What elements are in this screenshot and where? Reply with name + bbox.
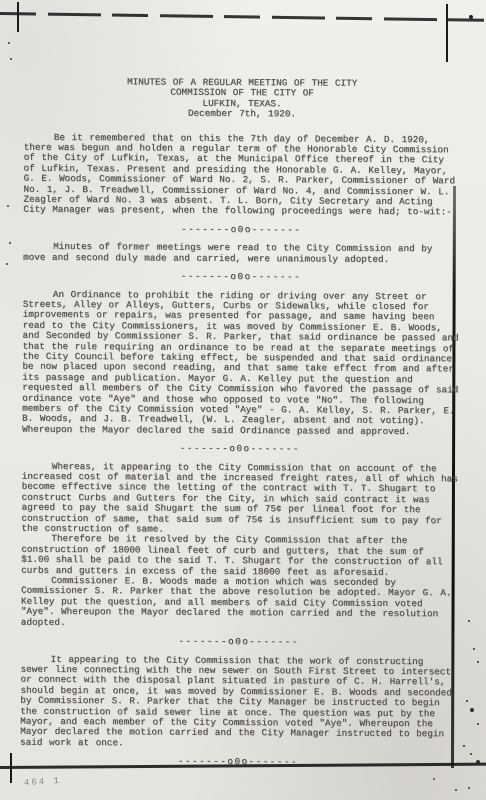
paragraph: Minutes of former meetings were read to …	[23, 242, 459, 265]
paragraph: An Ordinance to prohibit the riding or d…	[22, 289, 459, 437]
paragraph: Be it remembered that on this the 7th da…	[23, 132, 460, 218]
document-content: MINUTES OF A REGULAR MEETING OF THE CITY…	[20, 77, 460, 777]
registration-cross-top-right	[446, 4, 448, 62]
pencil-page-mark: 464 1	[24, 776, 62, 789]
section-separator: -------o0o-------	[20, 756, 456, 769]
paragraph: Whereas, it appearing to the City Commis…	[21, 461, 457, 537]
section-separator: -------o0o-------	[21, 636, 457, 649]
paragraph: Therefore be it resolved by the City Com…	[21, 534, 457, 578]
scan-noise-specks	[0, 0, 2, 2]
paragraph: Commissioner E. B. Woods made a motion w…	[21, 576, 457, 631]
document-body: Be it remembered that on this the 7th da…	[20, 132, 460, 769]
document-title-block: MINUTES OF A REGULAR MEETING OF THE CITY…	[24, 77, 460, 121]
paragraph: It appearing to the City Commission that…	[20, 654, 457, 750]
section-separator: -------o0o-------	[22, 443, 458, 456]
registration-cross-top-left	[17, 2, 19, 32]
section-separator: -------o0o-------	[23, 224, 459, 237]
section-separator: -------o0o-------	[23, 271, 459, 284]
scanned-document-page: MINUTES OF A REGULAR MEETING OF THE CITY…	[0, 0, 486, 800]
title-date-line: December 7th, 1920.	[24, 108, 460, 121]
top-edge-scan-line	[0, 12, 486, 22]
